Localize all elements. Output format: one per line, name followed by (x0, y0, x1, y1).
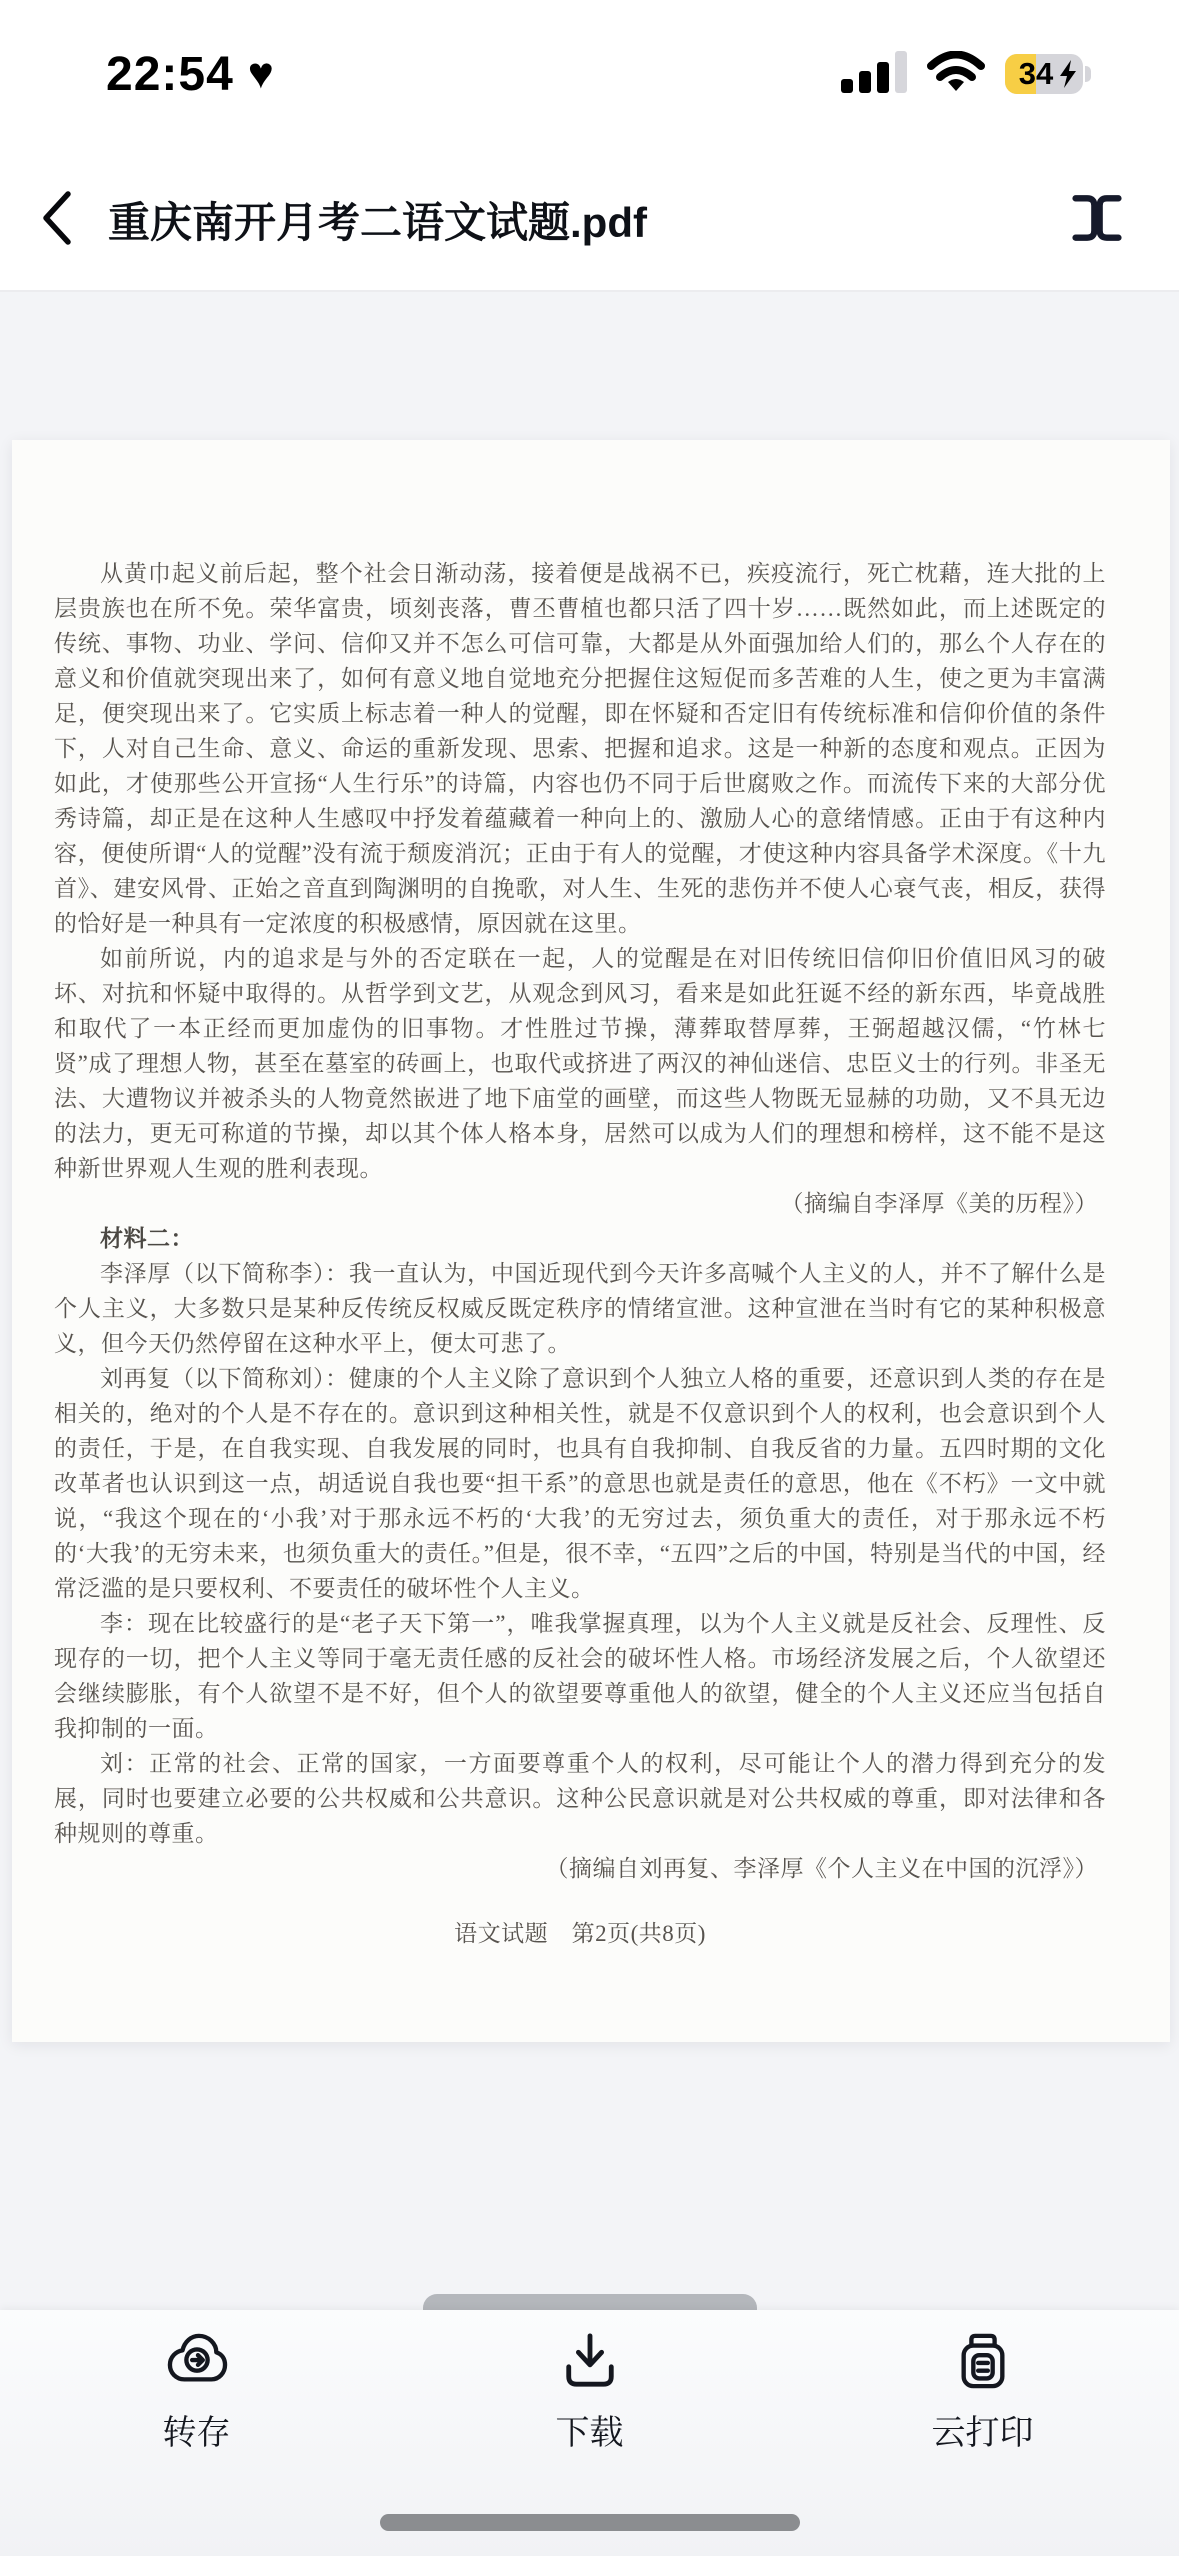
attribution-material2: （摘编自刘再复、李泽厚《个人主义在中国的沉浮》） (54, 1851, 1106, 1886)
home-indicator[interactable] (380, 2514, 800, 2531)
printer-icon (952, 2332, 1014, 2393)
nav-bar: 重庆南开月考二语文试题.pdf (0, 150, 1179, 290)
clock-text: 22:54 (106, 47, 234, 102)
paragraph-li-2: 李：现在比较盛行的是“老子天下第一”，唯我掌握真理，以为个人主义就是反社会、反理… (54, 1606, 1106, 1746)
phone-screen: 22:54 ♥ (0, 0, 1179, 2556)
paragraph-liu-2: 刘：正常的社会、正常的国家，一方面要尊重个人的权利，尽可能让个人的潜力得到充分的… (54, 1746, 1106, 1851)
cellular-signal-icon (841, 51, 907, 98)
page-number-footer: 语文试题 第2页(共8页) (54, 1916, 1106, 1951)
battery-cap (1085, 66, 1091, 82)
print-label: 云打印 (932, 2405, 1034, 2454)
save-to-cloud-button[interactable]: 转存 (0, 2310, 393, 2455)
paragraph-material1-1: 从黄巾起义前后起，整个社会日渐动荡，接着便是战祸不已，疾疫流行，死亡枕藉，连大批… (54, 556, 1106, 941)
status-bar: 22:54 ♥ (0, 38, 1179, 110)
material2-heading: 材料二： (54, 1221, 1106, 1256)
wifi-icon (927, 51, 985, 98)
status-left: 22:54 ♥ (106, 47, 274, 102)
paragraph-material1-2: 如前所说，内的追求是与外的否定联在一起，人的觉醒是在对旧传统旧信仰旧价值旧风习的… (54, 941, 1106, 1186)
document-body: 从黄巾起义前后起，整个社会日渐动荡，接着便是战祸不已，疾疫流行，死亡枕藉，连大批… (54, 556, 1106, 1951)
download-button[interactable]: 下载 (393, 2310, 786, 2455)
save-label: 转存 (163, 2405, 231, 2454)
chevron-left-icon (38, 188, 74, 253)
battery-indicator: 34 (1005, 54, 1091, 94)
top-bars-background: 22:54 ♥ (0, 0, 1179, 292)
download-icon (559, 2332, 621, 2393)
paragraph-liu-1: 刘再复（以下简称刘）：健康的个人主义除了意识到个人独立人格的重要，还意识到人类的… (54, 1361, 1106, 1606)
charging-bolt-icon (1057, 59, 1079, 94)
battery-body: 34 (1005, 54, 1083, 94)
attribution-material1: （摘编自李泽厚《美的历程》） (54, 1186, 1106, 1221)
paragraph-li-1: 李泽厚（以下简称李）：我一直认为，中国近现代到今天许多高喊个人主义的人，并不了解… (54, 1256, 1106, 1361)
status-right: 34 (841, 51, 1091, 98)
cloud-arrow-icon (166, 2332, 228, 2393)
heart-icon: ♥ (248, 52, 274, 96)
pdf-page[interactable]: 从黄巾起义前后起，整个社会日渐动荡，接着便是战祸不已，疾疫流行，死亡枕藉，连大批… (12, 440, 1170, 2042)
brackets-icon (1063, 188, 1131, 253)
download-label: 下载 (556, 2405, 624, 2454)
back-button[interactable] (38, 190, 82, 250)
extract-text-button[interactable] (1061, 188, 1133, 252)
cloud-print-button[interactable]: 云打印 (786, 2310, 1179, 2455)
file-title: 重庆南开月考二语文试题.pdf (108, 190, 1061, 250)
